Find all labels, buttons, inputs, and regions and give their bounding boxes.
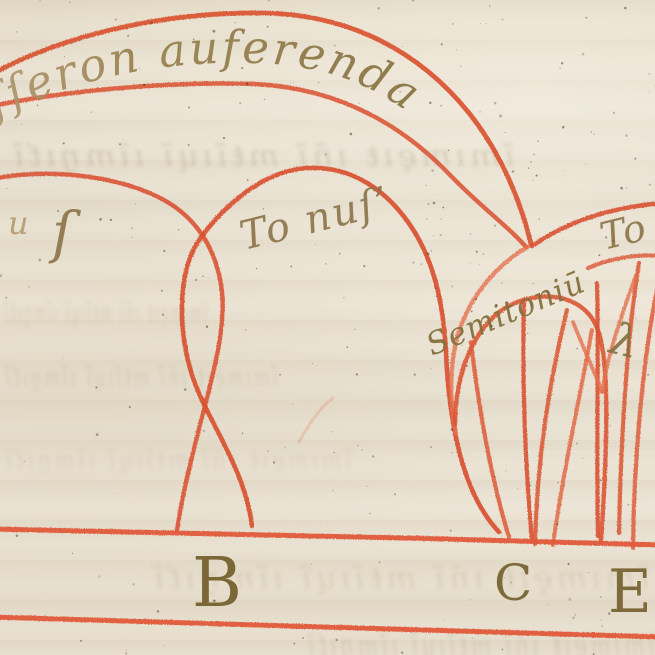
left-fragment-u: u bbox=[8, 204, 29, 242]
letter-fragment-lambda: λ bbox=[603, 313, 644, 370]
diagram-canvas: ĩmımęıŧ ıñĩ mŧĩıųĩ ıĩmŋıťĩ ĩmımęıŧ ıñĩ m… bbox=[0, 0, 655, 655]
cluster-leg bbox=[553, 330, 592, 545]
bleed-band: ĩmımęıŧ ıñĩ mŧĩıųĩ ıĩmŋıťĩ bbox=[2, 446, 352, 474]
baseline-letter-b: B bbox=[192, 544, 242, 623]
baseline-letter-c: C bbox=[494, 554, 532, 612]
bleed-band: ĩmımęıŧ ıñĩ mŧĩıųĩ ıĩmŋıťĩ bbox=[3, 363, 278, 393]
bleed-band: ĩmımęıŧ ıñĩ mŧĩıųĩ ıĩmŋıťĩ bbox=[10, 139, 515, 174]
cluster-leg bbox=[535, 310, 567, 544]
tonus-label: To nuſ’ bbox=[235, 178, 395, 260]
bleed-band: ĩmımęıŧ ıñĩ mŧĩıųĩ ıĩmŋıťĩ bbox=[3, 299, 208, 329]
right-cluster-leg bbox=[597, 283, 598, 536]
left-fragment-label: u ſ bbox=[8, 201, 81, 266]
bleed-red-stroke bbox=[299, 398, 333, 442]
arc-right-arch bbox=[588, 255, 655, 268]
cluster-leg bbox=[471, 342, 509, 537]
tonus-right-label: To bbox=[596, 205, 651, 259]
manuscript-page: ĩmımęıŧ ıñĩ mŧĩıųĩ ıĩmŋıťĩ ĩmımęıŧ ıñĩ m… bbox=[0, 0, 655, 655]
baseline-letter-e: E bbox=[608, 557, 652, 627]
left-fragment-s: ſ bbox=[48, 201, 81, 266]
cluster-leg bbox=[523, 301, 532, 541]
